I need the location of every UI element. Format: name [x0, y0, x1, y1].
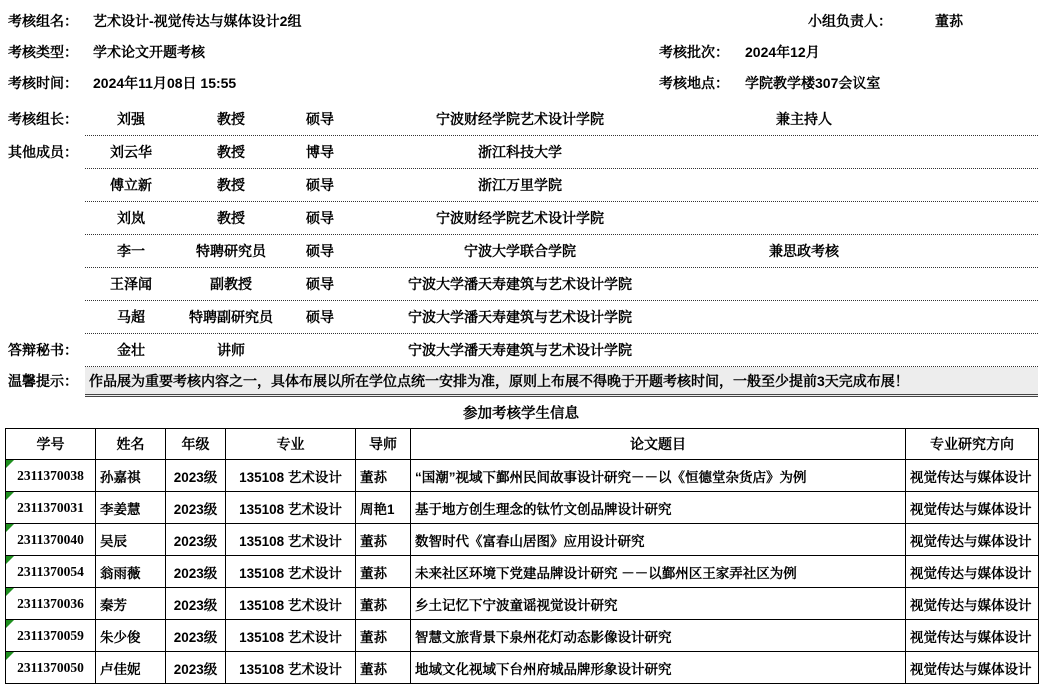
advisor-cell[interactable]: 董荪 [356, 620, 411, 652]
committee-row: 刘岚教授硕导宁波财经学院艺术设计学院 [0, 202, 1042, 235]
assessment-schedule-page: 考核组名： 艺术设计-视觉传达与媒体设计2组 小组负责人： 董荪 考核类型： 学… [0, 0, 1042, 694]
committee-row-content: 刘云华教授博导浙江科技大学 [85, 136, 1038, 169]
thesis-title-cell[interactable]: 智慧文旅背景下泉州花灯动态影像设计研究 [411, 620, 906, 652]
student-row: 2311370031李姜慧2023级135108 艺术设计周艳1基于地方创生理念… [6, 492, 1039, 524]
advisor-cell[interactable]: 董荪 [356, 588, 411, 620]
student-name-cell[interactable]: 孙嘉祺 [96, 460, 166, 492]
cell-note-marker-icon [6, 460, 14, 468]
member-affiliation: 宁波大学潘天寿建筑与艺术设计学院 [355, 307, 685, 327]
member-title: 副教授 [177, 274, 285, 294]
member-name: 刘岚 [85, 208, 177, 228]
member-affiliation: 宁波大学潘天寿建筑与艺术设计学院 [355, 274, 685, 294]
major-cell[interactable]: 135108 艺术设计 [226, 652, 356, 684]
assessment-batch-label: 考核批次： [659, 42, 729, 62]
student-row: 2311370059朱少俊2023级135108 艺术设计董荪智慧文旅背景下泉州… [6, 620, 1039, 652]
committee-list: 考核组长：刘强教授硕导宁波财经学院艺术设计学院兼主持人其他成员：刘云华教授博导浙… [0, 103, 1042, 367]
grade-cell[interactable]: 2023级 [166, 620, 226, 652]
grade-cell[interactable]: 2023级 [166, 588, 226, 620]
member-role: 兼主持人 [685, 109, 923, 129]
mentor-type: 博导 [285, 142, 355, 162]
committee-row: 答辩秘书：金壮讲师宁波大学潘天寿建筑与艺术设计学院 [0, 334, 1042, 367]
research-direction-cell[interactable]: 视觉传达与媒体设计 [906, 588, 1039, 620]
member-title: 特聘副研究员 [177, 307, 285, 327]
member-name: 刘云华 [85, 142, 177, 162]
research-direction-cell[interactable]: 视觉传达与媒体设计 [906, 524, 1039, 556]
advisor-cell[interactable]: 董荪 [356, 524, 411, 556]
thesis-title-cell[interactable]: 数智时代《富春山居图》应用设计研究 [411, 524, 906, 556]
student-id-cell[interactable]: 2311370050 [6, 652, 96, 684]
student-row: 2311370050卢佳妮2023级135108 艺术设计董荪地域文化视域下台州… [6, 652, 1039, 684]
committee-row-content: 金壮讲师宁波大学潘天寿建筑与艺术设计学院 [85, 334, 1038, 367]
cell-note-marker-icon [6, 556, 14, 564]
header-row: 考核类型： 学术论文开题考核 考核批次： 2024年12月 [0, 37, 1042, 68]
student-id-cell[interactable]: 2311370038 [6, 460, 96, 492]
member-affiliation: 宁波财经学院艺术设计学院 [355, 109, 685, 129]
group-leader-label: 小组负责人： [808, 11, 892, 31]
committee-row: 马超特聘副研究员硕导宁波大学潘天寿建筑与艺术设计学院 [0, 301, 1042, 334]
cell-note-marker-icon [6, 652, 14, 660]
student-id-text: 2311370036 [17, 596, 84, 611]
major-cell[interactable]: 135108 艺术设计 [226, 620, 356, 652]
column-header: 年级 [166, 429, 226, 460]
student-row: 2311370040吴辰2023级135108 艺术设计董荪数智时代《富春山居图… [6, 524, 1039, 556]
research-direction-cell[interactable]: 视觉传达与媒体设计 [906, 460, 1039, 492]
grade-cell[interactable]: 2023级 [166, 460, 226, 492]
grade-cell[interactable]: 2023级 [166, 556, 226, 588]
student-id-cell[interactable]: 2311370054 [6, 556, 96, 588]
member-name: 傅立新 [85, 175, 177, 195]
member-affiliation: 浙江科技大学 [355, 142, 685, 162]
assessment-time-label: 考核时间： [8, 73, 78, 93]
committee-row-content: 刘岚教授硕导宁波财经学院艺术设计学院 [85, 202, 1038, 235]
mentor-type: 硕导 [285, 208, 355, 228]
committee-row-label: 考核组长： [8, 103, 78, 135]
major-cell[interactable]: 135108 艺术设计 [226, 556, 356, 588]
advisor-cell[interactable]: 董荪 [356, 460, 411, 492]
member-affiliation: 宁波财经学院艺术设计学院 [355, 208, 685, 228]
student-row: 2311370036秦芳2023级135108 艺术设计董荪乡土记忆下宁波童谣视… [6, 588, 1039, 620]
group-leader-value: 董荪 [935, 11, 963, 31]
committee-row-content: 傅立新教授硕导浙江万里学院 [85, 169, 1038, 202]
header-info: 考核组名： 艺术设计-视觉传达与媒体设计2组 小组负责人： 董荪 考核类型： 学… [0, 0, 1042, 99]
cell-note-marker-icon [6, 524, 14, 532]
committee-row: 考核组长：刘强教授硕导宁波财经学院艺术设计学院兼主持人 [0, 103, 1042, 136]
committee-row-content: 刘强教授硕导宁波财经学院艺术设计学院兼主持人 [85, 103, 1038, 136]
research-direction-cell[interactable]: 视觉传达与媒体设计 [906, 652, 1039, 684]
student-name-cell[interactable]: 朱少俊 [96, 620, 166, 652]
research-direction-cell[interactable]: 视觉传达与媒体设计 [906, 492, 1039, 524]
committee-row-content: 王泽闻副教授硕导宁波大学潘天寿建筑与艺术设计学院 [85, 268, 1038, 301]
major-cell[interactable]: 135108 艺术设计 [226, 460, 356, 492]
header-row: 考核组名： 艺术设计-视觉传达与媒体设计2组 小组负责人： 董荪 [0, 6, 1042, 37]
assessment-location-value: 学院教学楼307会议室 [745, 73, 880, 93]
thesis-title-cell[interactable]: 基于地方创生理念的钛竹文创品牌设计研究 [411, 492, 906, 524]
assessment-type-label: 考核类型： [8, 42, 78, 62]
student-name-cell[interactable]: 秦芳 [96, 588, 166, 620]
students-section-title: 参加考核学生信息 [0, 400, 1042, 428]
cell-note-marker-icon [6, 588, 14, 596]
member-name: 王泽闻 [85, 274, 177, 294]
grade-cell[interactable]: 2023级 [166, 652, 226, 684]
committee-row-label: 答辩秘书： [8, 334, 78, 366]
student-row: 2311370054翁雨薇2023级135108 艺术设计董荪未来社区环境下党建… [6, 556, 1039, 588]
mentor-type: 硕导 [285, 274, 355, 294]
member-name: 马超 [85, 307, 177, 327]
member-name: 刘强 [85, 109, 177, 129]
thesis-title-cell[interactable]: 地域文化视域下台州府城品牌形象设计研究 [411, 652, 906, 684]
student-id-text: 2311370050 [17, 660, 84, 675]
mentor-type: 硕导 [285, 175, 355, 195]
assessment-location-label: 考核地点： [659, 73, 729, 93]
committee-row: 傅立新教授硕导浙江万里学院 [0, 169, 1042, 202]
committee-row-label: 其他成员： [8, 136, 78, 168]
member-affiliation: 浙江万里学院 [355, 175, 685, 195]
member-name: 金壮 [85, 340, 177, 360]
thesis-title-cell[interactable]: “国潮”视域下鄞州民间故事设计研究－－以《恒德堂杂货店》为例 [411, 460, 906, 492]
committee-row-content: 李一特聘研究员硕导宁波大学联合学院兼思政考核 [85, 235, 1038, 268]
member-title: 特聘研究员 [177, 241, 285, 261]
column-header: 导师 [356, 429, 411, 460]
student-name-cell[interactable]: 卢佳妮 [96, 652, 166, 684]
research-direction-cell[interactable]: 视觉传达与媒体设计 [906, 556, 1039, 588]
major-cell[interactable]: 135108 艺术设计 [226, 492, 356, 524]
header-row: 考核时间： 2024年11月08日 15:55 考核地点： 学院教学楼307会议… [0, 68, 1042, 99]
member-title: 教授 [177, 142, 285, 162]
member-affiliation: 宁波大学联合学院 [355, 241, 685, 261]
advisor-cell[interactable]: 董荪 [356, 556, 411, 588]
group-name-label: 考核组名： [8, 11, 78, 31]
advisor-cell[interactable]: 董荪 [356, 652, 411, 684]
student-name-cell[interactable]: 翁雨薇 [96, 556, 166, 588]
major-cell[interactable]: 135108 艺术设计 [226, 588, 356, 620]
research-direction-cell[interactable]: 视觉传达与媒体设计 [906, 620, 1039, 652]
committee-row-content: 马超特聘副研究员硕导宁波大学潘天寿建筑与艺术设计学院 [85, 301, 1038, 334]
tip-label: 温馨提示： [8, 371, 78, 391]
students-table: 学号姓名年级专业导师论文题目专业研究方向 2311370038孙嘉祺2023级1… [5, 428, 1039, 684]
student-id-cell[interactable]: 2311370059 [6, 620, 96, 652]
member-name: 李一 [85, 241, 177, 261]
student-id-cell[interactable]: 2311370040 [6, 524, 96, 556]
member-affiliation: 宁波大学潘天寿建筑与艺术设计学院 [355, 340, 685, 360]
student-id-text: 2311370059 [17, 628, 84, 643]
assessment-batch-value: 2024年12月 [745, 42, 820, 62]
student-id-text: 2311370038 [17, 468, 84, 483]
student-id-text: 2311370031 [17, 500, 84, 515]
student-name-cell[interactable]: 李姜慧 [96, 492, 166, 524]
member-role: 兼思政考核 [685, 241, 923, 261]
tip-text: 作品展为重要考核内容之一，具体布展以所在学位点统一安排为准，原则上布展不得晚于开… [89, 371, 909, 391]
column-header: 专业研究方向 [906, 429, 1039, 460]
student-row: 2311370038孙嘉祺2023级135108 艺术设计董荪“国潮”视域下鄞州… [6, 460, 1039, 492]
committee-row: 其他成员：刘云华教授博导浙江科技大学 [0, 136, 1042, 169]
member-title: 讲师 [177, 340, 285, 360]
column-header: 学号 [6, 429, 96, 460]
assessment-time-value: 2024年11月08日 15:55 [93, 73, 236, 93]
grade-cell[interactable]: 2023级 [166, 524, 226, 556]
student-name-cell[interactable]: 吴辰 [96, 524, 166, 556]
cell-note-marker-icon [6, 620, 14, 628]
students-header-row: 学号姓名年级专业导师论文题目专业研究方向 [6, 429, 1039, 460]
column-header: 姓名 [96, 429, 166, 460]
column-header: 论文题目 [411, 429, 906, 460]
mentor-type: 硕导 [285, 241, 355, 261]
cell-note-marker-icon [6, 492, 14, 500]
major-cell[interactable]: 135108 艺术设计 [226, 524, 356, 556]
student-id-cell[interactable]: 2311370036 [6, 588, 96, 620]
grade-cell[interactable]: 2023级 [166, 492, 226, 524]
advisor-cell[interactable]: 周艳1 [356, 492, 411, 524]
tip-row: 温馨提示： 作品展为重要考核内容之一，具体布展以所在学位点统一安排为准，原则上布… [0, 367, 1042, 400]
member-title: 教授 [177, 208, 285, 228]
thesis-title-cell[interactable]: 乡土记忆下宁波童谣视觉设计研究 [411, 588, 906, 620]
member-title: 教授 [177, 109, 285, 129]
tip-bar: 作品展为重要考核内容之一，具体布展以所在学位点统一安排为准，原则上布展不得晚于开… [85, 367, 1038, 397]
mentor-type: 硕导 [285, 109, 355, 129]
mentor-type: 硕导 [285, 307, 355, 327]
column-header: 专业 [226, 429, 356, 460]
student-id-text: 2311370040 [17, 532, 84, 547]
member-title: 教授 [177, 175, 285, 195]
committee-row: 王泽闻副教授硕导宁波大学潘天寿建筑与艺术设计学院 [0, 268, 1042, 301]
student-id-text: 2311370054 [17, 564, 84, 579]
student-id-cell[interactable]: 2311370031 [6, 492, 96, 524]
committee-row: 李一特聘研究员硕导宁波大学联合学院兼思政考核 [0, 235, 1042, 268]
group-name-value: 艺术设计-视觉传达与媒体设计2组 [93, 11, 301, 31]
assessment-type-value: 学术论文开题考核 [93, 42, 205, 62]
thesis-title-cell[interactable]: 未来社区环境下党建品牌设计研究 －－以鄞州区王家弄社区为例 [411, 556, 906, 588]
